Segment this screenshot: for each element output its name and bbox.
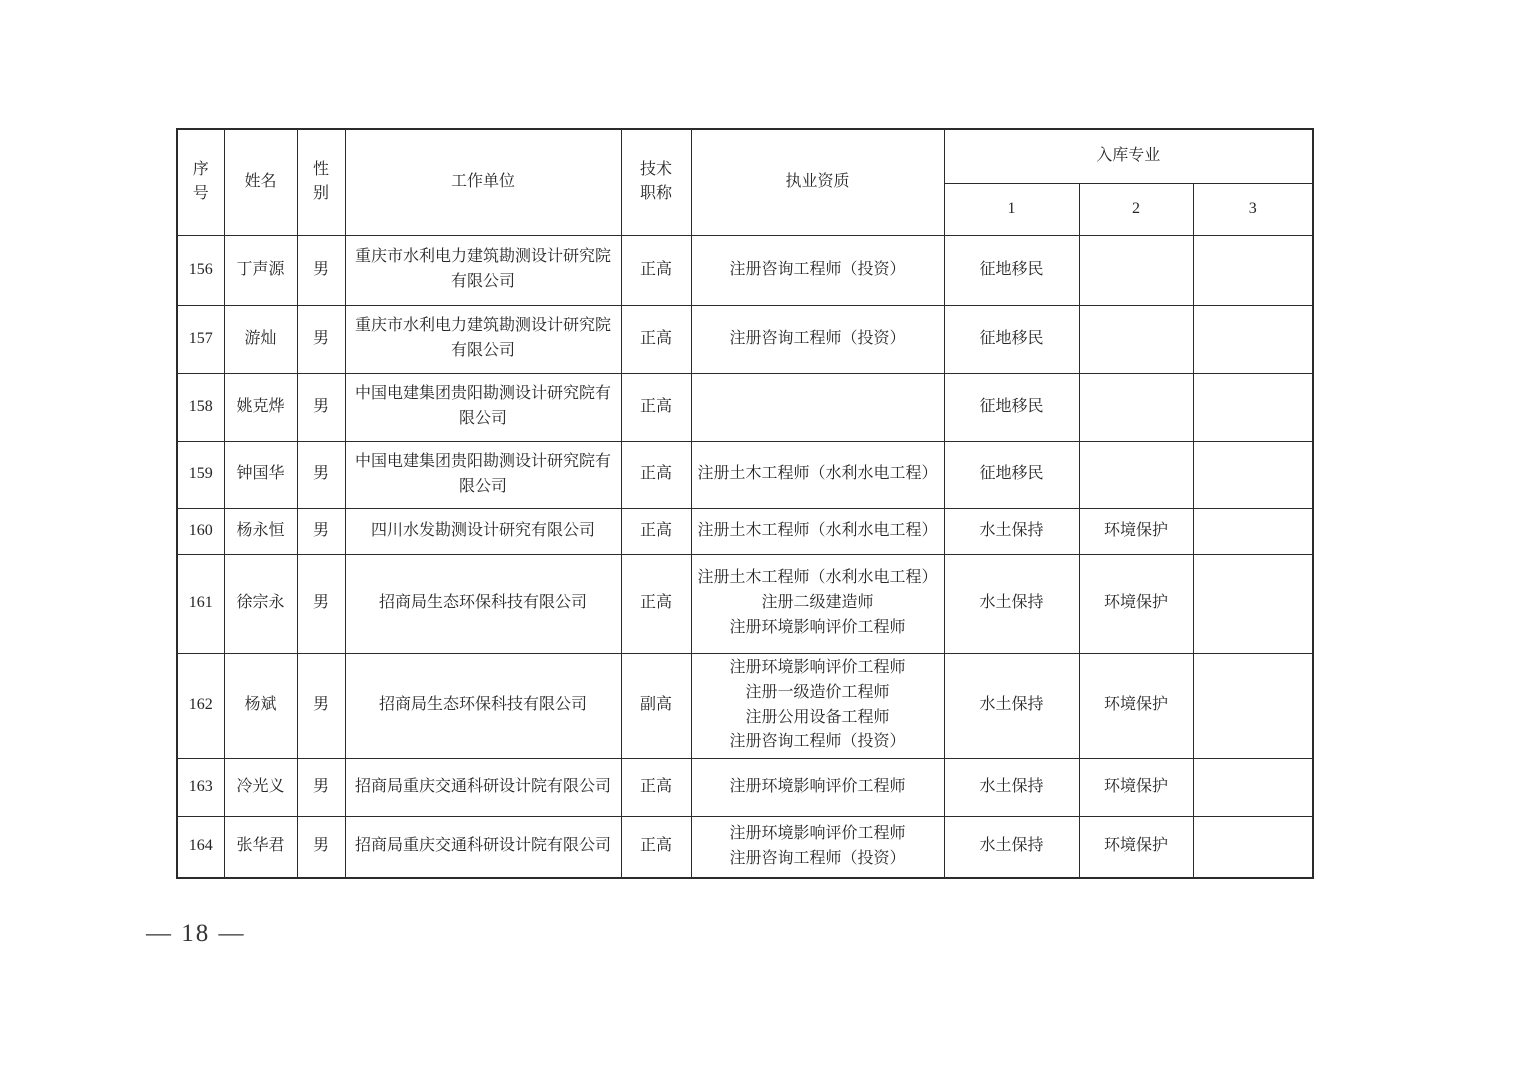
cell-name: 张华君	[224, 816, 297, 878]
cell-serial-number: 160	[177, 508, 224, 554]
table-row: 162 杨斌 男 招商局生态环保科技有限公司 副高 注册环境影响评价工程师 注册…	[177, 653, 1313, 758]
cell-qualifications: 注册土木工程师（水利水电工程）	[691, 441, 944, 508]
header-company: 工作单位	[345, 129, 621, 235]
cell-qualifications: 注册环境影响评价工程师	[691, 758, 944, 816]
cell-qualifications: 注册土木工程师（水利水电工程）	[691, 508, 944, 554]
cell-title: 正高	[621, 816, 691, 878]
cell-company: 招商局重庆交通科研设计院有限公司	[345, 758, 621, 816]
table-row: 160 杨永恒 男 四川水发勘测设计研究有限公司 正高 注册土木工程师（水利水电…	[177, 508, 1313, 554]
cell-specialty-2: 环境保护	[1079, 508, 1193, 554]
cell-specialty-2: 环境保护	[1079, 816, 1193, 878]
cell-specialty-3	[1193, 554, 1313, 653]
cell-name: 杨永恒	[224, 508, 297, 554]
cell-qualifications: 注册土木工程师（水利水电工程） 注册二级建造师 注册环境影响评价工程师	[691, 554, 944, 653]
cell-company: 招商局重庆交通科研设计院有限公司	[345, 816, 621, 878]
cell-company: 中国电建集团贵阳勘测设计研究院有限公司	[345, 373, 621, 441]
cell-company: 四川水发勘测设计研究有限公司	[345, 508, 621, 554]
table-row: 163 冷光义 男 招商局重庆交通科研设计院有限公司 正高 注册环境影响评价工程…	[177, 758, 1313, 816]
cell-gender: 男	[297, 441, 345, 508]
cell-gender: 男	[297, 554, 345, 653]
header-name: 姓名	[224, 129, 297, 235]
table-row: 156 丁声源 男 重庆市水利电力建筑勘测设计研究院有限公司 正高 注册咨询工程…	[177, 235, 1313, 305]
cell-company: 重庆市水利电力建筑勘测设计研究院有限公司	[345, 305, 621, 373]
cell-gender: 男	[297, 758, 345, 816]
cell-specialty-1: 征地移民	[944, 373, 1079, 441]
cell-serial-number: 164	[177, 816, 224, 878]
table-body: 156 丁声源 男 重庆市水利电力建筑勘测设计研究院有限公司 正高 注册咨询工程…	[177, 235, 1313, 878]
cell-specialty-1: 水土保持	[944, 554, 1079, 653]
cell-serial-number: 159	[177, 441, 224, 508]
cell-title: 正高	[621, 441, 691, 508]
table-header: 序号 姓名 性别 工作单位 技术职称 执业资质 入库专业 1 2 3	[177, 129, 1313, 235]
cell-specialty-2	[1079, 235, 1193, 305]
cell-name: 徐宗永	[224, 554, 297, 653]
cell-specialty-2: 环境保护	[1079, 554, 1193, 653]
cell-name: 游灿	[224, 305, 297, 373]
cell-specialty-1: 征地移民	[944, 441, 1079, 508]
cell-title: 正高	[621, 554, 691, 653]
cell-specialty-1: 征地移民	[944, 305, 1079, 373]
cell-specialty-2: 环境保护	[1079, 653, 1193, 758]
cell-name: 丁声源	[224, 235, 297, 305]
cell-specialty-3	[1193, 373, 1313, 441]
cell-serial-number: 158	[177, 373, 224, 441]
cell-serial-number: 163	[177, 758, 224, 816]
table-row: 159 钟国华 男 中国电建集团贵阳勘测设计研究院有限公司 正高 注册土木工程师…	[177, 441, 1313, 508]
cell-title: 正高	[621, 373, 691, 441]
cell-specialty-2: 环境保护	[1079, 758, 1193, 816]
document-page: 序号 姓名 性别 工作单位 技术职称 执业资质 入库专业 1 2 3 156 丁…	[0, 0, 1520, 1074]
cell-serial-number: 162	[177, 653, 224, 758]
cell-qualifications: 注册咨询工程师（投资）	[691, 305, 944, 373]
cell-name: 钟国华	[224, 441, 297, 508]
cell-title: 正高	[621, 758, 691, 816]
cell-gender: 男	[297, 373, 345, 441]
cell-specialty-3	[1193, 235, 1313, 305]
header-title: 技术职称	[621, 129, 691, 235]
cell-specialty-3	[1193, 758, 1313, 816]
cell-specialty-3	[1193, 653, 1313, 758]
cell-specialty-1: 水土保持	[944, 816, 1079, 878]
cell-gender: 男	[297, 816, 345, 878]
table-row: 161 徐宗永 男 招商局生态环保科技有限公司 正高 注册土木工程师（水利水电工…	[177, 554, 1313, 653]
header-serial-number: 序号	[177, 129, 224, 235]
header-qualification: 执业资质	[691, 129, 944, 235]
cell-specialty-3	[1193, 508, 1313, 554]
header-gender: 性别	[297, 129, 345, 235]
cell-qualifications: 注册环境影响评价工程师 注册一级造价工程师 注册公用设备工程师 注册咨询工程师（…	[691, 653, 944, 758]
cell-title: 正高	[621, 235, 691, 305]
cell-specialty-1: 征地移民	[944, 235, 1079, 305]
cell-gender: 男	[297, 235, 345, 305]
cell-title: 正高	[621, 305, 691, 373]
cell-qualifications: 注册环境影响评价工程师 注册咨询工程师（投资）	[691, 816, 944, 878]
cell-serial-number: 156	[177, 235, 224, 305]
cell-specialty-2	[1079, 441, 1193, 508]
cell-name: 姚克烨	[224, 373, 297, 441]
cell-specialty-3	[1193, 816, 1313, 878]
cell-name: 杨斌	[224, 653, 297, 758]
header-specialty-group: 入库专业	[944, 129, 1313, 183]
header-specialty-2: 2	[1079, 183, 1193, 235]
table-row: 157 游灿 男 重庆市水利电力建筑勘测设计研究院有限公司 正高 注册咨询工程师…	[177, 305, 1313, 373]
cell-qualifications: 注册咨询工程师（投资）	[691, 235, 944, 305]
cell-title: 正高	[621, 508, 691, 554]
cell-company: 招商局生态环保科技有限公司	[345, 653, 621, 758]
header-specialty-1: 1	[944, 183, 1079, 235]
cell-name: 冷光义	[224, 758, 297, 816]
page-number: — 18 —	[146, 920, 246, 948]
cell-specialty-1: 水土保持	[944, 508, 1079, 554]
cell-company: 招商局生态环保科技有限公司	[345, 554, 621, 653]
cell-title: 副高	[621, 653, 691, 758]
cell-specialty-3	[1193, 305, 1313, 373]
cell-specialty-1: 水土保持	[944, 653, 1079, 758]
cell-specialty-3	[1193, 441, 1313, 508]
expert-roster-table: 序号 姓名 性别 工作单位 技术职称 执业资质 入库专业 1 2 3 156 丁…	[176, 128, 1314, 879]
cell-specialty-2	[1079, 305, 1193, 373]
cell-company: 中国电建集团贵阳勘测设计研究院有限公司	[345, 441, 621, 508]
cell-specialty-2	[1079, 373, 1193, 441]
cell-gender: 男	[297, 653, 345, 758]
cell-company: 重庆市水利电力建筑勘测设计研究院有限公司	[345, 235, 621, 305]
cell-qualifications	[691, 373, 944, 441]
cell-specialty-1: 水土保持	[944, 758, 1079, 816]
cell-serial-number: 157	[177, 305, 224, 373]
table-row: 158 姚克烨 男 中国电建集团贵阳勘测设计研究院有限公司 正高 征地移民	[177, 373, 1313, 441]
header-specialty-3: 3	[1193, 183, 1313, 235]
table-row: 164 张华君 男 招商局重庆交通科研设计院有限公司 正高 注册环境影响评价工程…	[177, 816, 1313, 878]
cell-gender: 男	[297, 305, 345, 373]
cell-serial-number: 161	[177, 554, 224, 653]
cell-gender: 男	[297, 508, 345, 554]
